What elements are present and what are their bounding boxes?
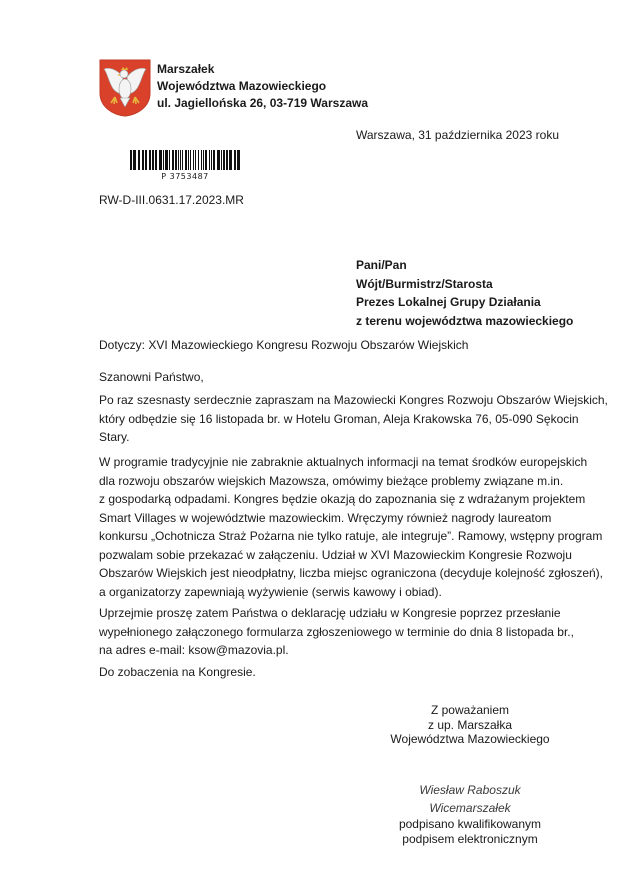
- paragraph-line: Stary.: [99, 428, 579, 447]
- paragraph-line: pozwalam sobie przekazać w załączeniu. U…: [99, 546, 579, 565]
- recipient-line: Prezes Lokalnej Grupy Działania: [356, 293, 573, 312]
- signer-name: Wiesław Raboszuk: [370, 781, 570, 799]
- paragraph-line: a organizatorzy zapewniają wyżywienie (s…: [99, 583, 579, 602]
- recipient-block: Pani/Pan Wójt/Burmistrz/Starosta Prezes …: [356, 256, 573, 330]
- body-paragraph-registration: Uprzejmie proszę zatem Państwa o deklara…: [99, 604, 579, 660]
- issuer-office: Województwa Mazowieckiego: [157, 78, 368, 95]
- paragraph-line: na adres e-mail: ksow@mazovia.pl.: [99, 641, 579, 660]
- paragraph-line: konkursu „Ochotnicza Straż Pożarna nie t…: [99, 527, 579, 546]
- letter-date: Warszawa, 31 października 2023 roku: [356, 128, 559, 142]
- recipient-line: Pani/Pan: [356, 256, 573, 275]
- subject-line: Dotyczy: XVI Mazowieckiego Kongresu Rozw…: [99, 338, 468, 352]
- body-paragraph-program: W programie tradycyjnie nie zabraknie ak…: [99, 453, 579, 601]
- signoff-block: Z poważaniem z up. Marszałka Województwa…: [370, 703, 570, 747]
- paragraph-line: Obszarów Wiejskich jest nieodpłatny, lic…: [99, 564, 579, 583]
- recipient-line: Wójt/Burmistrz/Starosta: [356, 275, 573, 294]
- paragraph-line: Uprzejmie proszę zatem Państwa o deklara…: [99, 604, 579, 623]
- recipient-line: z terenu województwa mazowieckiego: [356, 312, 573, 331]
- signoff-line: z up. Marszałka: [370, 718, 570, 733]
- signature-note: podpisem elektronicznym: [370, 832, 570, 847]
- paragraph-line: który odbędzie się 16 listopada br. w Ho…: [99, 410, 579, 429]
- issuer-title: Marszałek: [157, 61, 368, 78]
- reference-number: RW-D-III.0631.17.2023.MR: [99, 193, 244, 207]
- issuer-address: Marszałek Województwa Mazowieckiego ul. …: [157, 61, 368, 112]
- barcode-icon: [130, 150, 240, 172]
- signature-note: podpisano kwalifikowanym: [370, 817, 570, 832]
- issuer-street: ul. Jagiellońska 26, 03-719 Warszawa: [157, 95, 368, 112]
- body-paragraph-invitation: Po raz szesnasty serdecznie zapraszam na…: [99, 391, 579, 447]
- paragraph-line: wypełnionego załączonego formularza zgło…: [99, 623, 579, 642]
- paragraph-line: dla rozwoju obszarów wiejskich Mazowsza,…: [99, 472, 579, 491]
- signer-title: Wicemarszałek: [370, 799, 570, 817]
- barcode: P 3753487: [130, 150, 240, 181]
- signer-block: Wiesław Raboszuk Wicemarszałek podpisano…: [370, 781, 570, 847]
- greeting: Szanowni Państwo,: [99, 370, 204, 384]
- eagle-coat-of-arms-icon: [99, 59, 151, 117]
- signoff-line: Województwa Mazowieckiego: [370, 732, 570, 747]
- closing-line: Do zobaczenia na Kongresie.: [99, 665, 256, 679]
- paragraph-line: Smart Villages w województwie mazowiecki…: [99, 509, 579, 528]
- barcode-number: P 3753487: [130, 172, 240, 181]
- paragraph-line: z gospodarką odpadami. Kongres będzie ok…: [99, 490, 579, 509]
- paragraph-line: W programie tradycyjnie nie zabraknie ak…: [99, 453, 579, 472]
- paragraph-line: Po raz szesnasty serdecznie zapraszam na…: [99, 391, 579, 410]
- signoff-line: Z poważaniem: [370, 703, 570, 718]
